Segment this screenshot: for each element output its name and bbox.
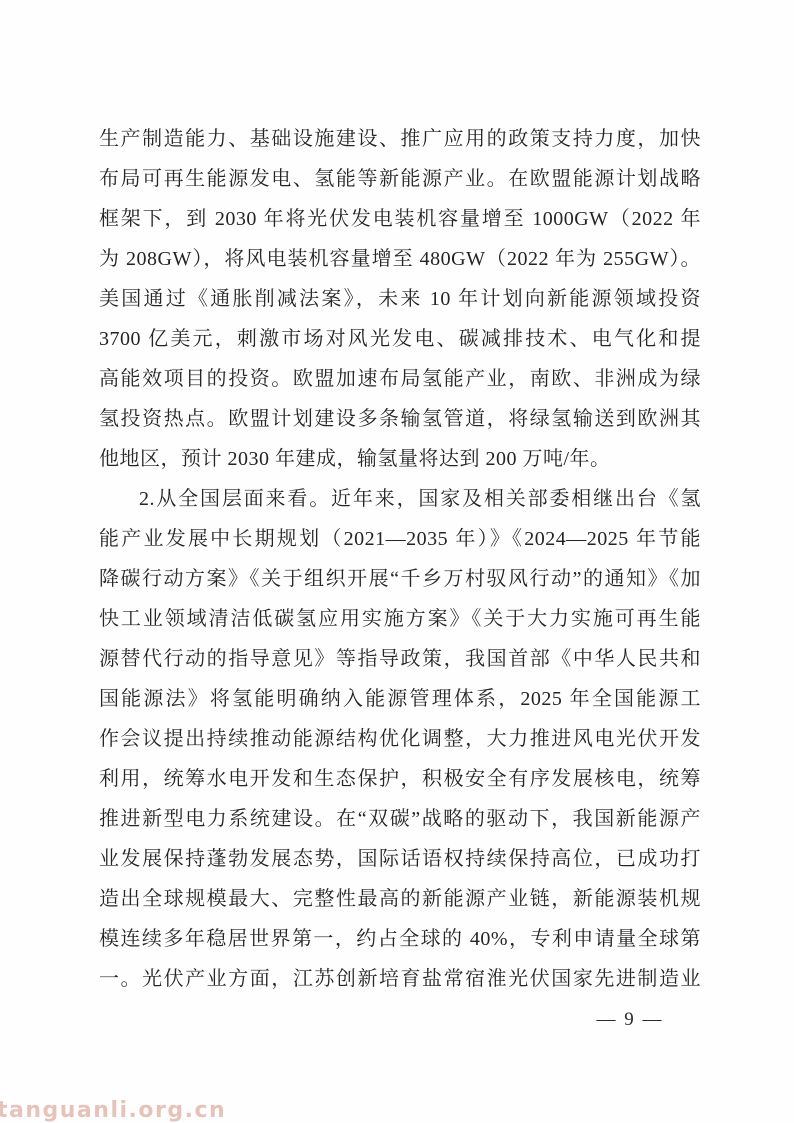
body-text: 生产制造能力、基础设施建设、推广应用的政策支持力度，加快 布局可再生能源发电、氢… xyxy=(99,119,701,999)
text-line: 快工业领域清洁低碳氢应用实施方案》《关于大力实施可再生能 xyxy=(99,599,701,639)
paragraph-1: 生产制造能力、基础设施建设、推广应用的政策支持力度，加快 布局可再生能源发电、氢… xyxy=(99,119,701,479)
text-line: 推进新型电力系统建设。在“双碳”战略的驱动下，我国新能源产 xyxy=(99,799,701,839)
text-line: 降碳行动方案》《关于组织开展“千乡万村驭风行动”的通知》《加 xyxy=(99,559,701,599)
text-line: 高能效项目的投资。欧盟加速布局氢能产业，南欧、非洲成为绿 xyxy=(99,359,701,399)
text-line: 业发展保持蓬勃发展态势，国际话语权持续保持高位，已成功打 xyxy=(99,839,701,879)
document-page: 生产制造能力、基础设施建设、推广应用的政策支持力度，加快 布局可再生能源发电、氢… xyxy=(0,0,794,1123)
text-line: 美国通过《通胀削减法案》，未来 10 年计划向新能源领域投资 xyxy=(99,279,701,319)
text-line: 布局可再生能源发电、氢能等新能源产业。在欧盟能源计划战略 xyxy=(99,159,701,199)
text-line: 2.从全国层面来看。近年来，国家及相关部委相继出台《氢 xyxy=(99,479,701,519)
text-line: 造出全球规模最大、完整性最高的新能源产业链，新能源装机规 xyxy=(99,879,701,919)
text-line: 3700 亿美元，刺激市场对风光发电、碳减排技术、电气化和提 xyxy=(99,319,701,359)
text-line: 氢投资热点。欧盟计划建设多条输氢管道，将绿氢输送到欧洲其 xyxy=(99,399,701,439)
text-line: 作会议提出持续推动能源结构优化调整，大力推进风电光伏开发 xyxy=(99,719,701,759)
text-line: 为 208GW），将风电装机容量增至 480GW（2022 年为 255GW）。 xyxy=(99,239,701,279)
text-line: 框架下，到 2030 年将光伏发电装机容量增至 1000GW（2022 年 xyxy=(99,199,701,239)
text-line: 利用，统筹水电开发和生态保护，积极安全有序发展核电，统筹 xyxy=(99,759,701,799)
text-line: 能产业发展中长期规划（2021—2035 年）》《2024—2025 年节能 xyxy=(99,519,701,559)
text-line: 模连续多年稳居世界第一，约占全球的 40%，专利申请量全球第 xyxy=(99,919,701,959)
text-line: 一。光伏产业方面，江苏创新培育盐常宿淮光伏国家先进制造业 xyxy=(99,959,701,999)
text-line: 他地区，预计 2030 年建成，输氢量将达到 200 万吨/年。 xyxy=(99,439,701,479)
text-line: 生产制造能力、基础设施建设、推广应用的政策支持力度，加快 xyxy=(99,119,701,159)
paragraph-2: 2.从全国层面来看。近年来，国家及相关部委相继出台《氢 能产业发展中长期规划（2… xyxy=(99,479,701,999)
text-line: 源替代行动的指导意见》等指导政策，我国首部《中华人民共和 xyxy=(99,639,701,679)
text-line: 国能源法》将氢能明确纳入能源管理体系，2025 年全国能源工 xyxy=(99,679,701,719)
page-number: — 9 — xyxy=(590,1009,670,1031)
watermark: tanguanli.org.cn xyxy=(0,1098,226,1123)
